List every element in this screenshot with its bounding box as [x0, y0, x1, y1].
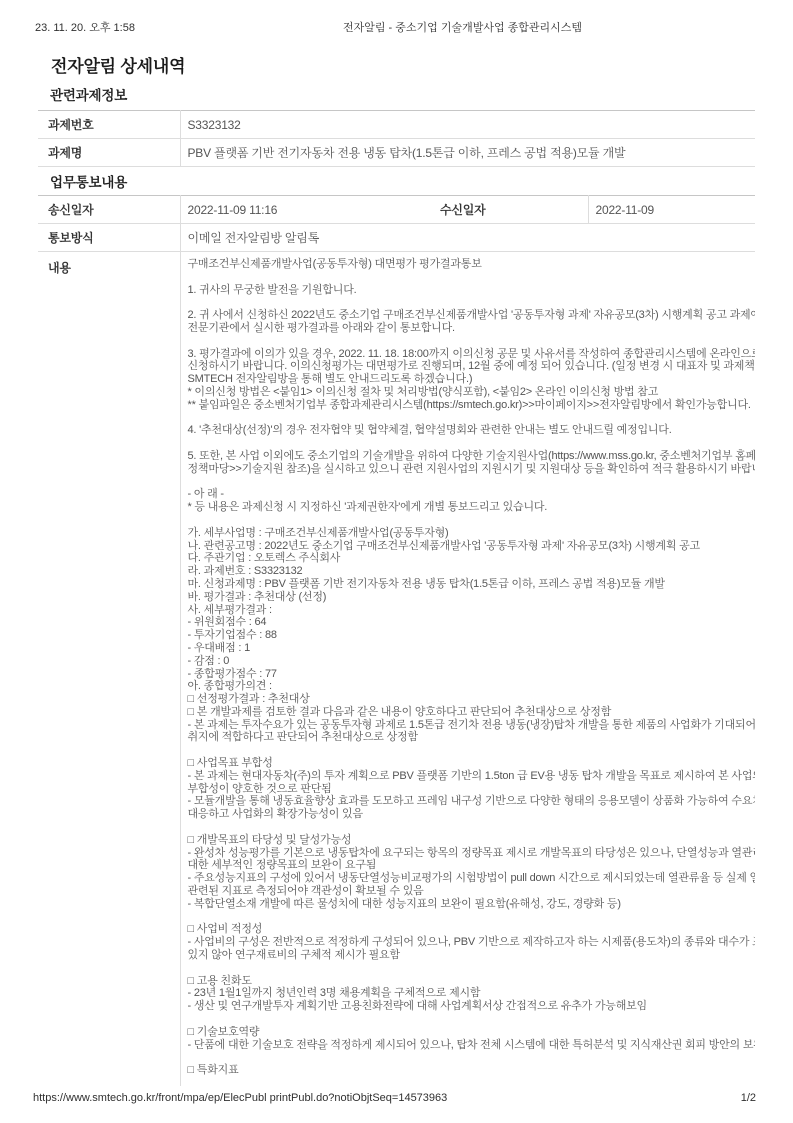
section-title-notification: 업무통보내용	[50, 171, 127, 191]
notification-table: 송신일자 2022-11-09 11:16 수신일자 2022-11-09 통보…	[38, 195, 755, 1086]
field-value-task-name: PBV 플랫폼 기반 전기자동차 전용 냉동 탑차(1.5톤급 이하, 프레스 …	[180, 139, 755, 167]
table-row: 내용 구매조건부신제품개발사업(공동투자형) 대면평가 평가결과통보 1. 귀사…	[38, 252, 755, 1087]
table-row: 과제번호 S3323132	[38, 111, 755, 139]
print-footer-page-number: 1/2	[741, 1092, 756, 1104]
field-label-received-date: 수신일자	[433, 196, 588, 224]
print-preview-page: { "print_header": { "datetime": "23. 11.…	[0, 0, 793, 1123]
field-value-content: 구매조건부신제품개발사업(공동투자형) 대면평가 평가결과통보 1. 귀사의 무…	[180, 252, 755, 1087]
field-label-content: 내용	[38, 252, 180, 1087]
section-title-related-task: 관련과제정보	[50, 84, 127, 104]
print-footer-url: https://www.smtech.go.kr/front/mpa/ep/El…	[33, 1092, 447, 1104]
print-header-datetime: 23. 11. 20. 오후 1:58	[35, 19, 135, 35]
table-row: 통보방식 이메일 전자알림방 알림톡	[38, 224, 755, 252]
field-label-sent-date: 송신일자	[38, 196, 180, 224]
field-value-method: 이메일 전자알림방 알림톡	[180, 224, 755, 252]
field-label-task-name: 과제명	[38, 139, 180, 167]
field-label-task-number: 과제번호	[38, 111, 180, 139]
table-row: 송신일자 2022-11-09 11:16 수신일자 2022-11-09	[38, 196, 755, 224]
page-title: 전자알림 상세내역	[51, 52, 185, 77]
field-value-received-date: 2022-11-09	[588, 196, 755, 224]
field-value-sent-date: 2022-11-09 11:16	[180, 196, 433, 224]
field-label-method: 통보방식	[38, 224, 180, 252]
field-value-task-number: S3323132	[180, 111, 755, 139]
related-task-table: 과제번호 S3323132 과제명 PBV 플랫폼 기반 전기자동차 전용 냉동…	[38, 110, 755, 167]
notification-content-text: 구매조건부신제품개발사업(공동투자형) 대면평가 평가결과통보 1. 귀사의 무…	[181, 252, 756, 1077]
table-row: 과제명 PBV 플랫폼 기반 전기자동차 전용 냉동 탑차(1.5톤급 이하, …	[38, 139, 755, 167]
print-header-title: 전자알림 - 중소기업 기술개발사업 종합관리시스템	[343, 19, 582, 35]
